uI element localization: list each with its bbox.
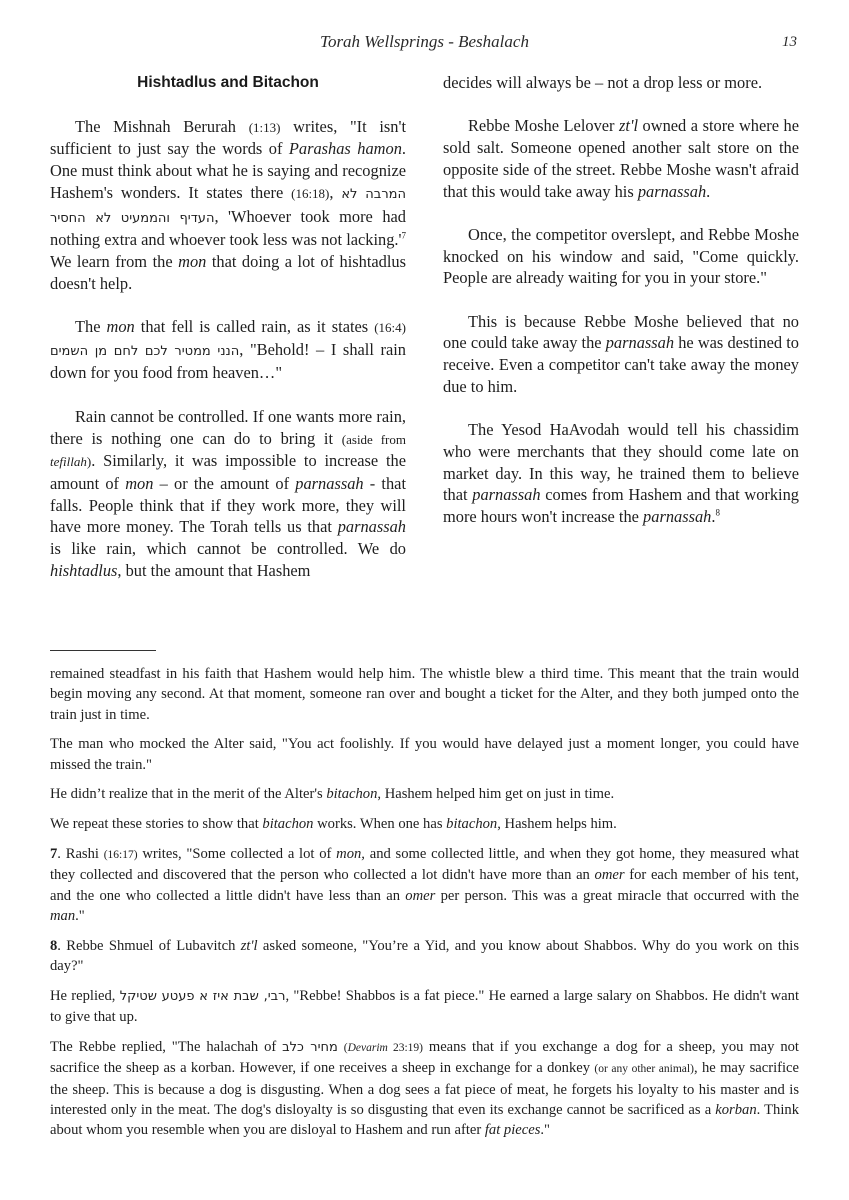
source-ref: (Devarim 23:19) xyxy=(344,1042,423,1054)
paragraph-yesod-haavodah: The Yesod HaAvodah would tell his chassi… xyxy=(443,419,799,528)
footnote-paragraph: The Rebbe replied, "The halachah of מחיר… xyxy=(50,1037,799,1140)
footnotes: remained steadfast in his faith that Has… xyxy=(50,664,799,1150)
paragraph-competitor-overslept: Once, the competitor overslept, and Rebb… xyxy=(443,224,799,289)
footnote-paragraph: We repeat these stories to show that bit… xyxy=(50,814,799,834)
footnote-continued: remained steadfast in his faith that Has… xyxy=(50,664,799,725)
hebrew-quote: הנני ממטיר לכם לחם מן השמים xyxy=(50,344,239,359)
paragraph-continuation: decides will always be – not a drop less… xyxy=(443,72,799,94)
page-number: 13 xyxy=(782,34,797,51)
footnote-paragraph: The man who mocked the Alter said, "You … xyxy=(50,734,799,775)
right-column: decides will always be – not a drop less… xyxy=(443,72,799,549)
running-title: Torah Wellsprings - Beshalach xyxy=(0,32,849,52)
paragraph-mishnah-berurah: The Mishnah Berurah (1:13) writes, "It i… xyxy=(50,116,406,295)
paragraph-rain-controlled: Rain cannot be controlled. If one wants … xyxy=(50,406,406,582)
paragraph-mon-rain: The mon that fell is called rain, as it … xyxy=(50,316,406,384)
section-heading: Hishtadlus and Bitachon xyxy=(50,72,406,94)
source-ref: (16:18) xyxy=(291,186,329,201)
hebrew-quote: רבי, שבת איז א פעטע שטיקל xyxy=(120,989,286,1004)
source-ref: (1:13) xyxy=(249,120,281,135)
parenthetical: (or any other animal) xyxy=(594,1063,694,1075)
paragraph-rebbe-moshe-store: Rebbe Moshe Lelover zt'l owned a store w… xyxy=(443,115,799,202)
left-column: Hishtadlus and Bitachon The Mishnah Beru… xyxy=(50,72,406,603)
footnote-ref-8[interactable]: 8 xyxy=(715,508,720,518)
footnote-7: 7. Rashi (16:17) writes, "Some collected… xyxy=(50,844,799,926)
source-ref: (16:4) xyxy=(374,320,406,335)
hebrew-quote: מחיר כלב xyxy=(282,1040,338,1055)
source-ref: (16:17) xyxy=(104,849,138,861)
footnote-8: 8. Rebbe Shmuel of Lubavitch zt'l asked … xyxy=(50,936,799,977)
footnote-ref-7[interactable]: 7 xyxy=(402,231,407,241)
paragraph-rebbe-moshe-believed: This is because Rebbe Moshe believed tha… xyxy=(443,311,799,398)
footnote-paragraph: He didn’t realize that in the merit of t… xyxy=(50,784,799,804)
footnote-paragraph: He replied, רבי, שבת איז א פעטע שטיקל, "… xyxy=(50,986,799,1028)
footnote-separator xyxy=(50,650,156,651)
